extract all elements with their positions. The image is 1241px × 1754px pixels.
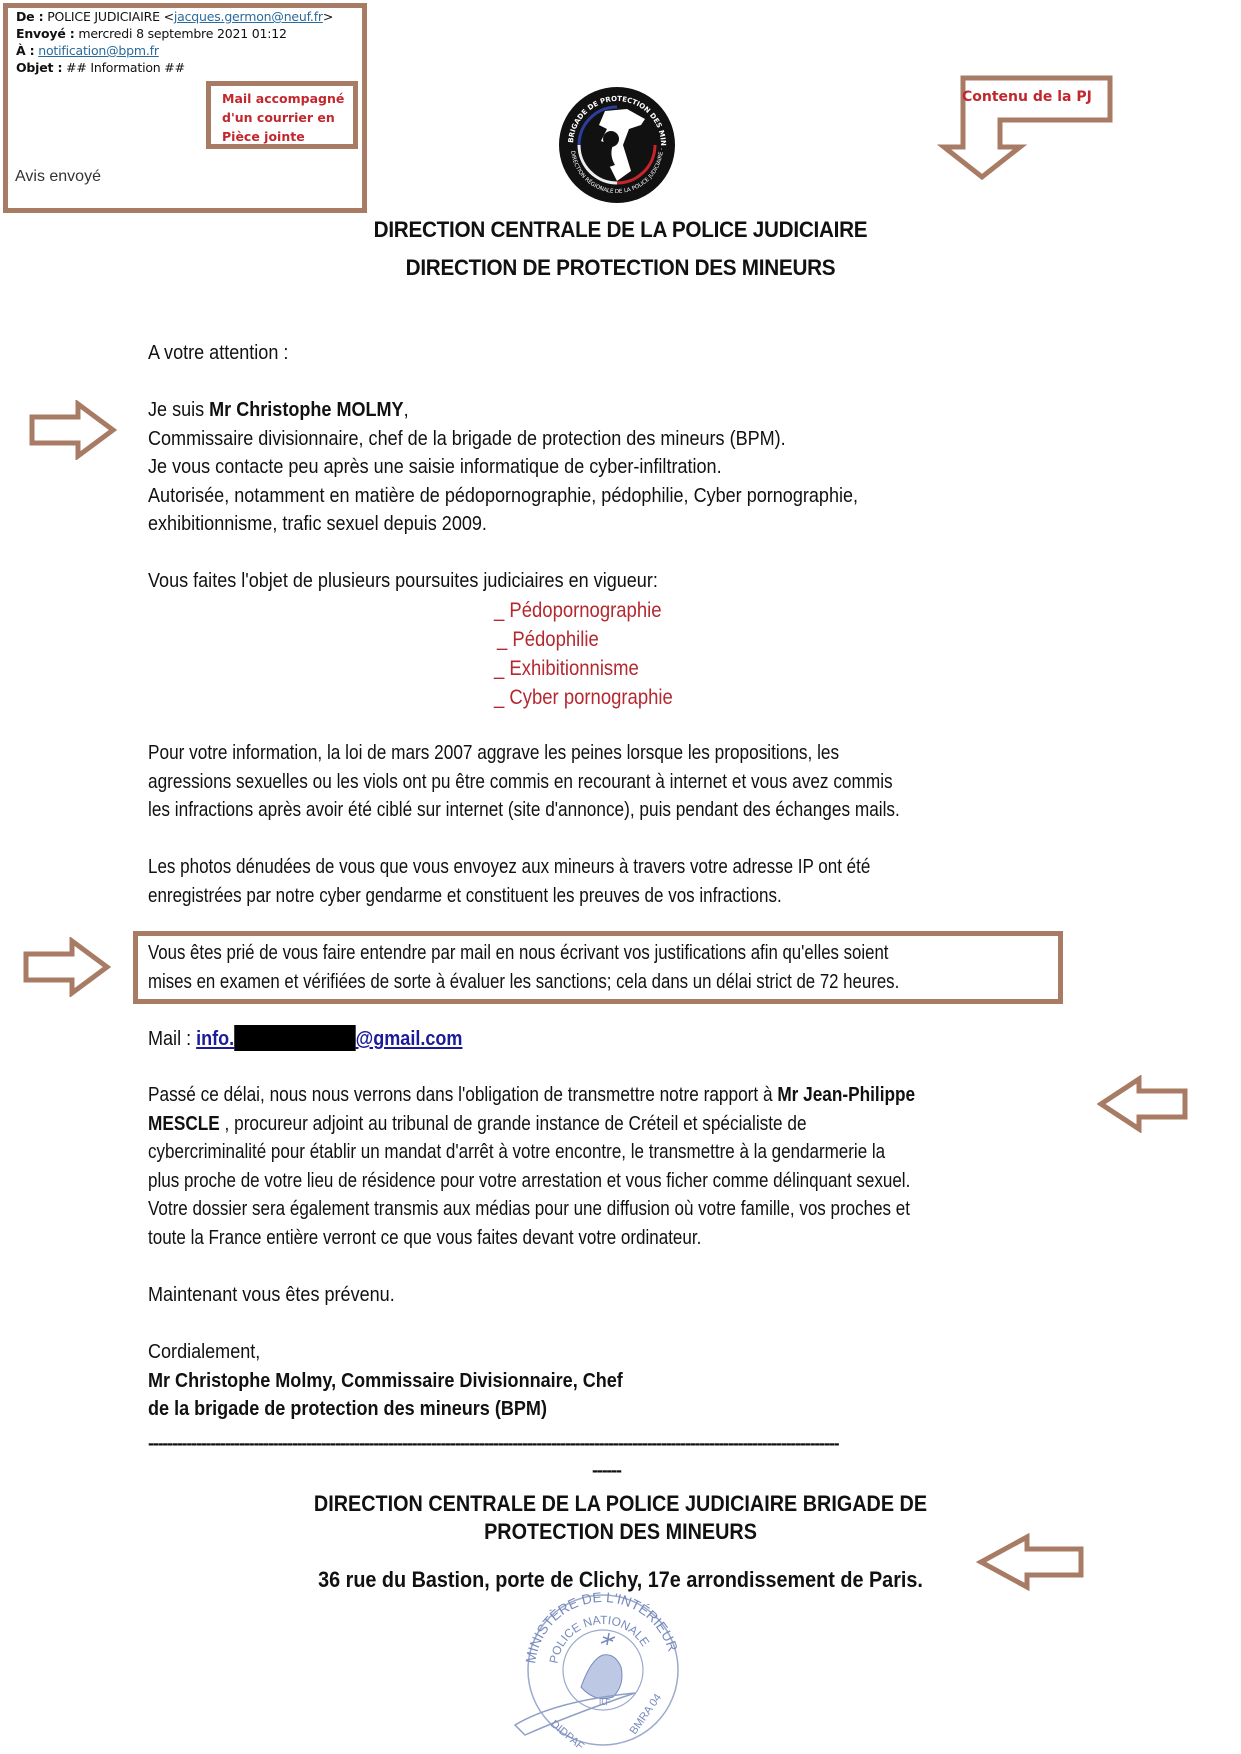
letter-title-line-2: DIRECTION DE PROTECTION DES MINEURS <box>50 255 1192 281</box>
prosecutor-surname: MESCLE <box>148 1112 220 1135</box>
footer-address: 36 rue du Bastion, porte de Clichy, 17e … <box>62 1567 1179 1593</box>
law-paragraph-line: Pour votre information, la loi de mars 2… <box>148 739 839 768</box>
threat-line: Passé ce délai, nous nous verrons dans l… <box>148 1081 915 1110</box>
sent-line: Envoyé : mercredi 8 septembre 2021 01:12 <box>16 26 287 41</box>
from-name: POLICE JUDICIAIRE <box>47 9 160 24</box>
police-seal-icon: MINISTÈRE DE L'INTÉRIEUR POLICE NATIONAL… <box>495 1575 715 1750</box>
svg-text:ILF: ILF <box>599 1698 611 1707</box>
sent-status: Avis envoyé <box>15 168 101 186</box>
threat-line: cybercriminalité pour établir un mandat … <box>148 1138 885 1167</box>
photos-paragraph-line: Les photos dénudées de vous que vous env… <box>148 853 870 882</box>
separator-line: ----------------------------------------… <box>148 1433 918 1454</box>
svg-text:DIDPAF: DIDPAF <box>548 1718 586 1750</box>
from-label: De : <box>16 9 43 24</box>
signature-line: de la brigade de protection des mineurs … <box>148 1395 547 1424</box>
brigade-badge-icon: BRIGADE DE PROTECTION DES MINEURS DIRECT… <box>557 85 677 205</box>
law-paragraph-line: agressions sexuelles ou les viols ont pu… <box>148 768 893 797</box>
threat-line: toute la France entière verront ce que v… <box>148 1224 701 1253</box>
from-email-link[interactable]: jacques.germon@neuf.fr <box>174 9 323 24</box>
salutation: A votre attention : <box>148 339 288 368</box>
charge-item: _ Pédopornographie <box>494 596 661 625</box>
prosecutor-name: Mr Jean-Philippe <box>777 1083 915 1106</box>
law-paragraph-line: les infractions après avoir été ciblé su… <box>148 796 900 825</box>
police-stamp: MINISTÈRE DE L'INTÉRIEUR POLICE NATIONAL… <box>495 1575 715 1750</box>
subject-line: Objet : ## Information ## <box>16 60 185 75</box>
note-line: d'un courrier en <box>222 108 353 127</box>
signature-line: Mr Christophe Molmy, Commissaire Divisio… <box>148 1367 623 1396</box>
mail-attachment-note: Mail accompagné d'un courrier en Pièce j… <box>206 81 358 149</box>
charge-item: _ Cyber pornographie <box>494 683 673 712</box>
closing-line: Cordialement, <box>148 1338 260 1367</box>
svg-text:BMRA 04: BMRA 04 <box>628 1692 664 1737</box>
letter-title-line-1: DIRECTION CENTRALE DE LA POLICE JUDICIAI… <box>50 217 1192 243</box>
bpm-logo: BRIGADE DE PROTECTION DES MINEURS DIRECT… <box>557 85 677 205</box>
sender-name: Mr Christophe MOLMY <box>209 398 403 421</box>
to-email-link[interactable]: notification@bpm.fr <box>38 43 159 58</box>
footer-title-line-1: DIRECTION CENTRALE DE LA POLICE JUDICIAI… <box>62 1490 1179 1518</box>
note-line: Mail accompagné <box>222 89 353 108</box>
intro-line: Je suis Mr Christophe MOLMY, <box>148 396 409 425</box>
threat-line: Votre dossier sera également transmis au… <box>148 1195 910 1224</box>
right-arrow-icon <box>28 400 118 460</box>
threat-line: MESCLE , procureur adjoint au tribunal d… <box>148 1110 807 1139</box>
separator-short: ------ <box>592 1460 621 1481</box>
left-arrow-icon <box>1097 1075 1189 1133</box>
intro-line: exhibitionnisme, trafic sexuel depuis 20… <box>148 510 487 539</box>
intro-line: Commissaire divisionnaire, chef de la br… <box>148 425 786 454</box>
intro-line: Autorisée, notamment en matière de pédop… <box>148 482 858 511</box>
mail-label: Mail : <box>148 1027 196 1050</box>
intro-line: Je vous contacte peu après une saisie in… <box>148 453 722 482</box>
threat-line: plus proche de votre lieu de résidence p… <box>148 1167 910 1196</box>
attachment-note-label: Contenu de la PJ <box>962 89 1092 105</box>
contact-mail-line: Mail : info.@gmail.com <box>148 1025 462 1054</box>
note-line: Pièce jointe <box>222 127 353 146</box>
subject-label: Objet : <box>16 60 62 75</box>
contact-email-link[interactable]: info.@gmail.com <box>196 1027 462 1050</box>
redacted-block <box>234 1025 355 1051</box>
sent-label: Envoyé : <box>16 26 75 41</box>
from-line: De : POLICE JUDICIAIRE <jacques.germon@n… <box>16 9 333 24</box>
demand-paragraph-line: mises en examen et vérifiées de sorte à … <box>148 968 899 997</box>
sent-value: mercredi 8 septembre 2021 01:12 <box>78 26 286 41</box>
demand-paragraph-line: Vous êtes prié de vous faire entendre pa… <box>148 939 888 968</box>
warning-line: Maintenant vous êtes prévenu. <box>148 1281 395 1310</box>
to-label: À : <box>16 43 34 58</box>
charge-item: _ Exhibitionnisme <box>494 654 639 683</box>
attachment-content-callout: Contenu de la PJ <box>940 75 1130 125</box>
charge-item: _ Pédophilie <box>497 625 599 654</box>
charges-intro: Vous faites l'objet de plusieurs poursui… <box>148 567 658 596</box>
subject-value: ## Information ## <box>66 60 185 75</box>
photos-paragraph-line: enregistrées par notre cyber gendarme et… <box>148 882 782 911</box>
right-arrow-icon <box>22 937 112 997</box>
to-line: À : notification@bpm.fr <box>16 43 159 58</box>
